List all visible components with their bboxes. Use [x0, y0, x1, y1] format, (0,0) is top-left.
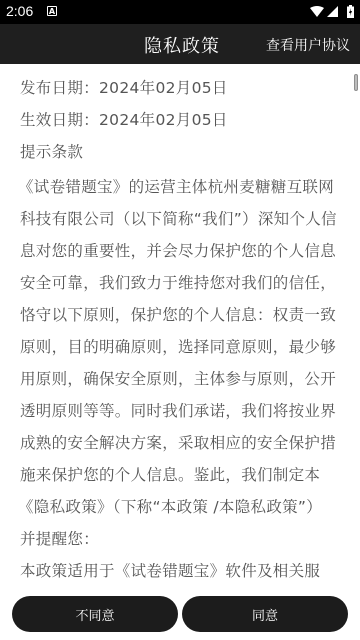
effective-date: 生效日期：2024年02月05日 — [20, 108, 228, 130]
status-bar: 2:06 A — [0, 0, 360, 24]
scrollbar[interactable] — [354, 74, 358, 91]
privacy-policy-content[interactable]: 发布日期：2024年02月05日 生效日期：2024年02月05日 提示条款 《… — [0, 64, 360, 584]
publish-date: 发布日期：2024年02月05日 — [20, 76, 228, 98]
policy-text-line: 安全可靠，我们致力于维持您对我们的信任， — [20, 271, 336, 293]
section-heading: 提示条款 — [20, 140, 83, 162]
policy-text-line: 原则，目的明确原则，选择同意原则，最少够 — [20, 335, 336, 357]
policy-text-line: 透明原则等等。同时我们承诺，我们将按业界 — [20, 399, 336, 421]
policy-text-line: 科技有限公司（以下简称“我们”）深知个人信 — [20, 207, 337, 229]
policy-text-line: 施来保护您的个人信息。鉴此，我们制定本 — [20, 463, 320, 485]
wifi-icon — [310, 6, 324, 17]
policy-text-line: 并提醒您： — [20, 527, 99, 549]
app-bar: 隐私政策 查看用户协议 — [0, 24, 360, 64]
disagree-button[interactable]: 不同意 — [12, 596, 178, 632]
battery-charging-icon — [347, 5, 354, 18]
notification-icon: A — [47, 6, 57, 16]
policy-text-line: 息对您的重要性，并会尽力保护您的个人信息 — [20, 239, 336, 261]
policy-text-line: 成熟的安全解决方案，采取相应的安全保护措 — [20, 431, 336, 453]
view-user-agreement-link[interactable]: 查看用户协议 — [266, 35, 350, 55]
status-time: 2:06 — [6, 3, 33, 19]
policy-text-line: 恪守以下原则，保护您的个人信息：权责一致 — [20, 303, 336, 325]
page-title: 隐私政策 — [144, 32, 220, 58]
policy-text-line: 本政策适用于《试卷错题宝》软件及相关服 — [20, 559, 320, 581]
signal-icon — [327, 6, 338, 17]
agree-button[interactable]: 同意 — [182, 596, 348, 632]
policy-text-line: 《试卷错题宝》的运营主体杭州麦糖糖互联网 — [18, 175, 334, 197]
policy-text-line: 《隐私政策》（下称“本政策 /本隐私政策”） — [18, 495, 322, 517]
policy-text-line: 用原则，确保安全原则，主体参与原则，公开 — [20, 367, 336, 389]
